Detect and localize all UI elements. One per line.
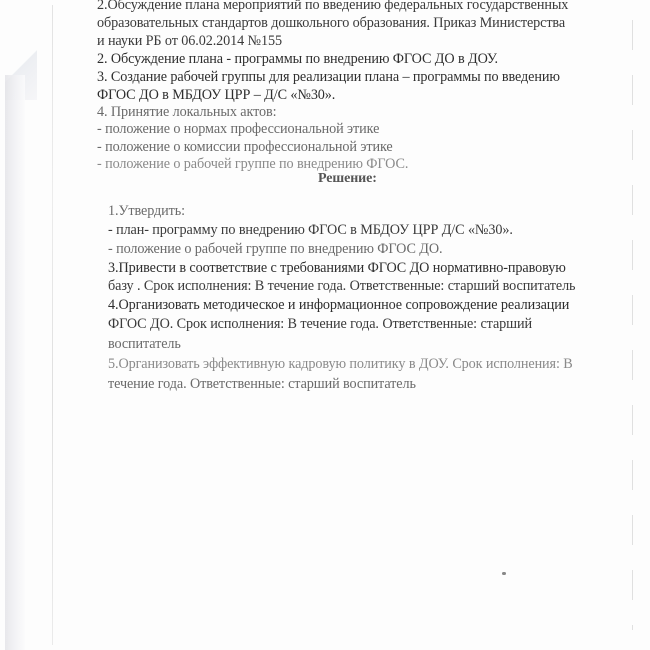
agenda-line-6: ФГОС ДО в МБДОУ ЦРР – Д/С «№30». — [97, 87, 335, 103]
scan-artifact-line-right — [632, 20, 633, 630]
scan-artifact-line-left — [52, 5, 53, 645]
decision-line-5: базу . Срок исполнения: В течение года. … — [108, 278, 575, 294]
decision-heading: Решение: — [318, 171, 377, 187]
agenda-line-10: - положение о рабочей группе по внедрени… — [97, 156, 408, 172]
decision-line-10: течение года. Ответственные: старший вос… — [108, 376, 416, 392]
decision-line-4: 3.Привести в соответствие с требованиями… — [108, 260, 566, 276]
agenda-line-5: 3. Создание рабочей группы для реализаци… — [97, 69, 560, 85]
agenda-line-2: образовательных стандартов дошкольного о… — [97, 15, 565, 31]
decision-line-1: 1.Утвердить: — [108, 203, 185, 219]
decision-line-9: 5.Организовать эффективную кадровую поли… — [108, 356, 573, 372]
agenda-line-8: - положение о нормах профессиональной эт… — [97, 121, 379, 137]
scanned-document-page: 2.Обсуждение плана мероприятий по введен… — [0, 0, 650, 650]
agenda-line-9: - положение о комиссии профессиональной … — [97, 139, 393, 155]
decision-line-2: - план- программу по внедрению ФГОС в МБ… — [108, 222, 513, 238]
scan-artifact-speck — [502, 572, 506, 575]
decision-line-3: - положение о рабочей группе по внедрени… — [108, 241, 442, 257]
agenda-line-1: 2.Обсуждение плана мероприятий по введен… — [97, 0, 568, 13]
scan-artifact-shadow — [5, 75, 25, 650]
agenda-line-3: и науки РБ от 06.02.2014 №155 — [97, 33, 282, 49]
decision-line-8: воспитатель — [108, 336, 181, 352]
agenda-line-4: 2. Обсуждение плана - программы по внедр… — [97, 51, 498, 67]
decision-line-6: 4.Организовать методическое и информацио… — [108, 297, 569, 313]
agenda-line-7: 4. Принятие локальных актов: — [97, 104, 276, 120]
decision-line-7: ФГОС ДО. Срок исполнения: В течение года… — [108, 316, 532, 332]
